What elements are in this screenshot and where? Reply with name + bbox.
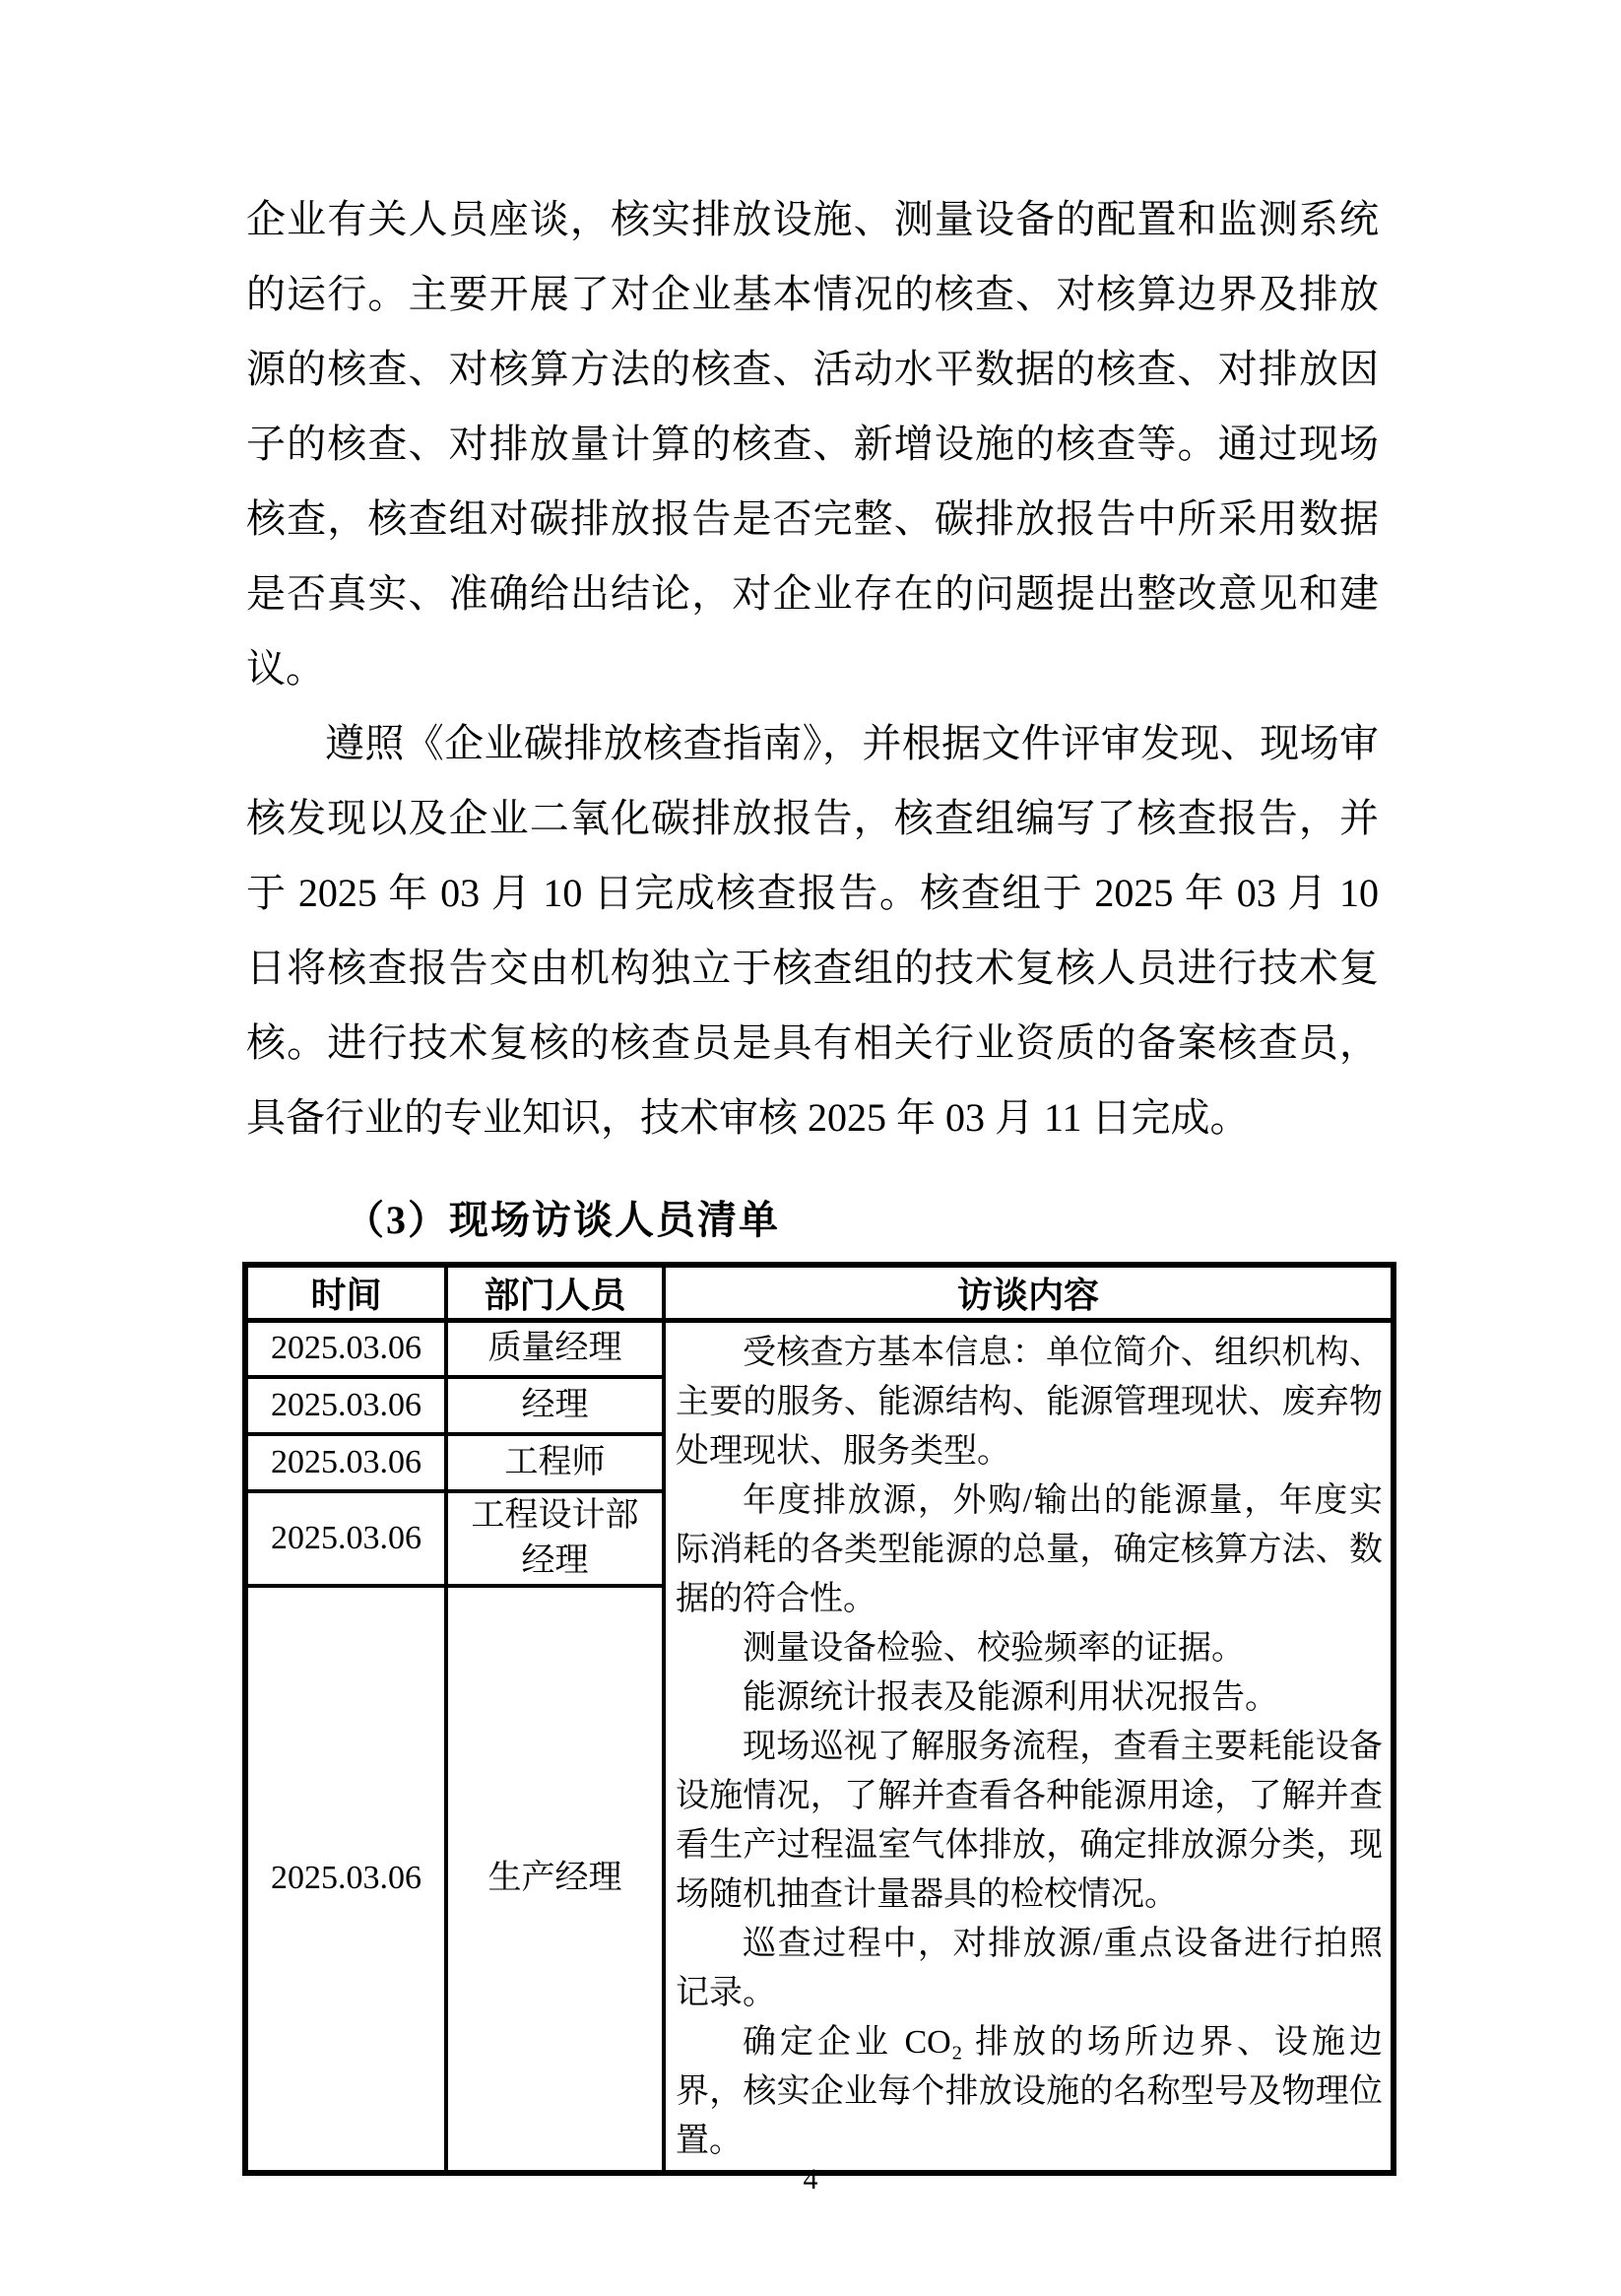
- interview-content-paragraph: 测量设备检验、校验频率的证据。: [676, 1624, 1383, 1673]
- page-content: 企业有关人员座谈，核实排放设施、测量设备的配置和监测系统的运行。主要开展了对企业…: [246, 182, 1379, 2176]
- interview-content-paragraph: 确定企业 CO₂ 排放的场所边界、设施边界，核实企业每个排放设施的名称型号及物理…: [676, 2018, 1383, 2166]
- interview-person-cell: 质量经理: [446, 1321, 664, 1377]
- body-paragraph-1: 企业有关人员座谈，核实排放设施、测量设备的配置和监测系统的运行。主要开展了对企业…: [246, 182, 1379, 706]
- interview-person-cell: 工程设计部经理: [446, 1491, 664, 1586]
- interview-person-cell: 工程师: [446, 1434, 664, 1491]
- interview-date-cell: 2025.03.06: [245, 1491, 446, 1586]
- interview-date-cell: 2025.03.06: [245, 1321, 446, 1377]
- interview-date-cell: 2025.03.06: [245, 1586, 446, 2174]
- page-number: 4: [0, 2163, 1621, 2197]
- body-paragraph-2: 遵照《企业碳排放核查指南》，并根据文件评审发现、现场审核发现以及企业二氧化碳排放…: [246, 706, 1379, 1155]
- interview-date-cell: 2025.03.06: [245, 1377, 446, 1434]
- interview-person-cell: 经理: [446, 1377, 664, 1434]
- table-row: 2025.03.06 质量经理 受核查方基本信息：单位简介、组织机构、主要的服务…: [245, 1321, 1394, 1377]
- interview-date-cell: 2025.03.06: [245, 1434, 446, 1491]
- interview-content-cell: 受核查方基本信息：单位简介、组织机构、主要的服务、能源结构、能源管理现状、废弃物…: [664, 1321, 1394, 2174]
- interview-content-paragraph: 能源统计报表及能源利用状况报告。: [676, 1673, 1383, 1723]
- interview-content-paragraph: 年度排放源，外购/输出的能源量，年度实际消耗的各类型能源的总量，确定核算方法、数…: [676, 1476, 1383, 1624]
- interview-content-paragraph: 巡查过程中，对排放源/重点设备进行拍照记录。: [676, 1920, 1383, 2018]
- interview-content-paragraph: 受核查方基本信息：单位简介、组织机构、主要的服务、能源结构、能源管理现状、废弃物…: [676, 1329, 1383, 1476]
- col-header-time: 时间: [245, 1265, 446, 1321]
- document-page: 企业有关人员座谈，核实排放设施、测量设备的配置和监测系统的运行。主要开展了对企业…: [0, 0, 1621, 2296]
- section-heading: （3）现场访谈人员清单: [345, 1191, 1379, 1250]
- interview-table: 时间 部门人员 访谈内容 2025.03.06 质量经理 受核查方基本信息：单位…: [242, 1262, 1396, 2176]
- col-header-person: 部门人员: [446, 1265, 664, 1321]
- table-header-row: 时间 部门人员 访谈内容: [245, 1265, 1394, 1321]
- col-header-content: 访谈内容: [664, 1265, 1394, 1321]
- interview-content-paragraph: 现场巡视了解服务流程，查看主要耗能设备设施情况，了解并查看各种能源用途，了解并查…: [676, 1723, 1383, 1920]
- interview-person-cell: 生产经理: [446, 1586, 664, 2174]
